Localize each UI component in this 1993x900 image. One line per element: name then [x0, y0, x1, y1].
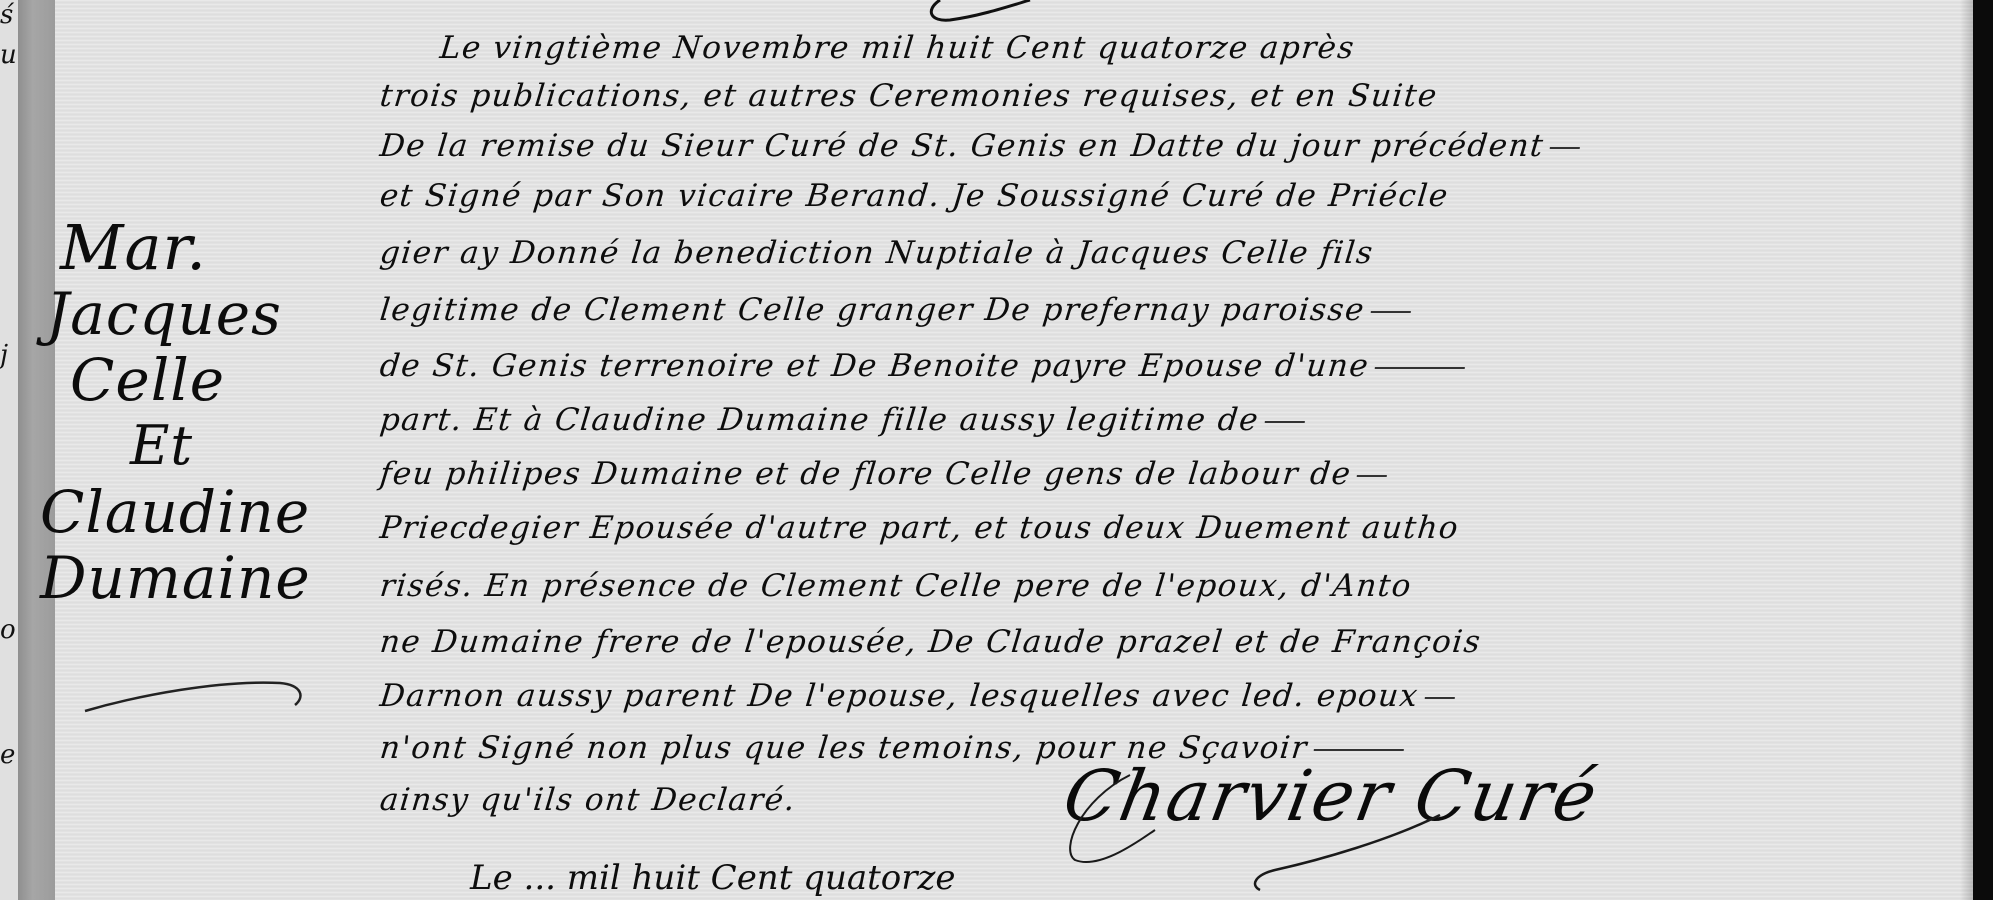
margin-note-line: Jacques: [40, 281, 360, 347]
margin-note-line: Mar.: [40, 215, 360, 281]
entry-line: legitime de Clement Celle granger De pre…: [378, 292, 1413, 328]
register-page: ś u j o e Mar. Jacques Celle Et Claudine…: [0, 0, 1973, 900]
scan-border: [1973, 0, 1993, 900]
entry-line: ne Dumaine frere de l'epousée, De Claude…: [378, 624, 1483, 660]
page-edge-shadow: [1960, 0, 1973, 900]
top-flourish-stroke: [920, 0, 1040, 30]
margin-note: Mar. Jacques Celle Et Claudine Dumaine: [40, 215, 360, 611]
entry-line: gier ay Donné la benediction Nuptiale à …: [378, 235, 1376, 271]
previous-page-edge: ś u j o e: [0, 0, 18, 900]
entry-line: trois publications, et autres Ceremonies…: [378, 78, 1440, 114]
previous-page-fragment: u: [0, 40, 17, 70]
margin-note-line: Celle: [40, 347, 360, 413]
entry-line: De la remise du Sieur Curé de St. Genis …: [378, 128, 1582, 164]
entry-line: de St. Genis terrenoire et De Benoite pa…: [378, 348, 1467, 384]
margin-note-line: Claudine: [40, 479, 360, 545]
entry-line: Priecdegier Epousée d'autre part, et tou…: [378, 510, 1461, 546]
previous-page-fragment: o: [0, 615, 16, 645]
entry-line: risés. En présence de Clement Celle pere…: [378, 568, 1414, 604]
margin-note-line: Dumaine: [40, 545, 360, 611]
margin-flourish-stroke: [80, 675, 310, 715]
previous-page-fragment: j: [0, 340, 8, 370]
entry-line: part. Et à Claudine Dumaine fille aussy …: [378, 402, 1307, 438]
entry-line: Le vingtième Novembre mil huit Cent quat…: [438, 30, 1357, 66]
entry-line: ainsy qu'ils ont Declaré.: [378, 782, 798, 818]
margin-note-line: Et: [40, 413, 360, 479]
next-entry-text: Le ... mil huit Cent quatorze: [470, 858, 1920, 898]
entry-line: feu philipes Dumaine et de flore Celle g…: [378, 456, 1389, 492]
previous-page-fragment: ś: [0, 0, 13, 30]
previous-page-fragment: e: [0, 740, 15, 770]
entry-line: et Signé par Son vicaire Berand. Je Sous…: [378, 178, 1451, 214]
entry-line: Darnon aussy parent De l'epouse, lesquel…: [378, 678, 1457, 714]
